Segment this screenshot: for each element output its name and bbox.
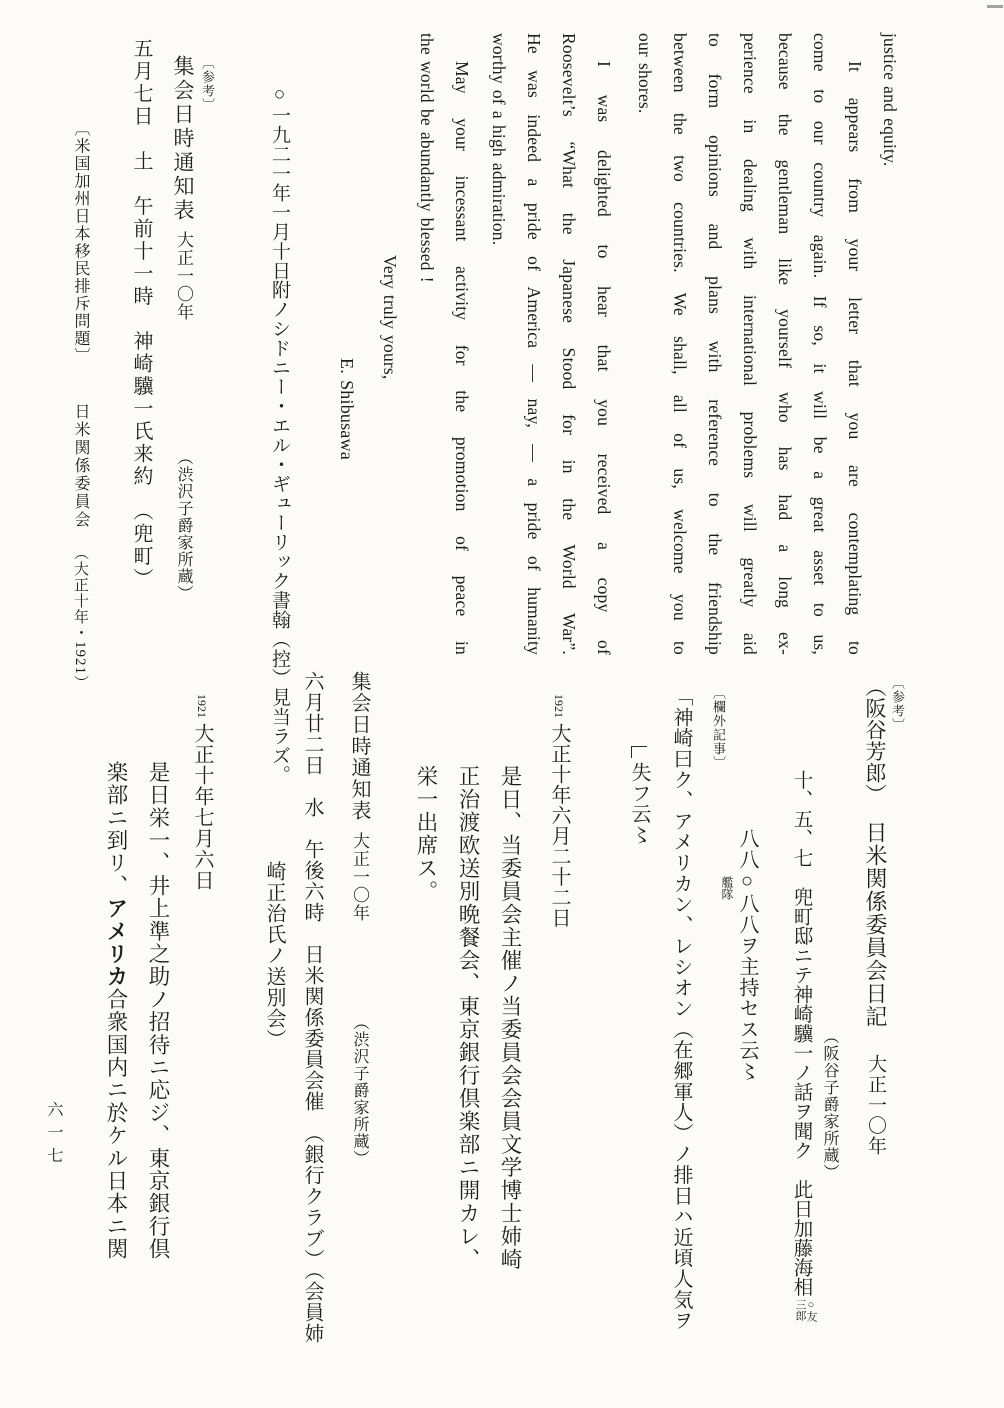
diary-entry-line: 十、五、七 兜町邸ニテ神崎驥一ノ話ヲ聞ク 此日加藤海相○友三郎: [785, 770, 816, 1322]
diary-entry-text: ○八八: [736, 870, 758, 935]
running-title: 〔米国加州日本移民排斥問題〕日米関係委員会（大正十年・1921）: [67, 120, 92, 691]
english-letter-line: between the two countries. We shall, all…: [671, 33, 689, 655]
diary-entry-line: 正治渡欧送別晩餐会、東京銀行倶楽部ニ開カレ、: [451, 765, 484, 1271]
margin-note-text: 失フ云〻: [628, 762, 650, 845]
date-text: 大正十年六月二十二日: [548, 718, 570, 928]
english-letter-line: I was delighted to hear that you receive…: [595, 61, 613, 655]
diary-author: （阪谷芳郎）: [863, 676, 887, 805]
diary-entry-text: ヲ主持セス云〻: [736, 935, 758, 1082]
margin-note-bracket-mark: [631, 746, 647, 758]
diary-entry-text: 十、五、七 兜町邸ニテ神崎驥一ノ話ヲ聞ク 此日加藤海相: [791, 770, 812, 1297]
running-title-committee: 日米関係委員会: [72, 365, 89, 529]
source-note: （渋沢子爵家所蔵）: [351, 922, 368, 1167]
margin-note-label: 〔欄外記事〕: [708, 686, 728, 770]
diary-entry-line: 是日栄一、井上準之助ノ招待ニ応ジ、東京銀行倶: [141, 761, 174, 1260]
margin-note-line: 失フ云〻: [623, 746, 654, 845]
meeting-notice-heading: 集会日時通知表大正一〇年（渋沢子爵家所蔵）: [343, 671, 374, 1167]
english-letter-line: worthy of a high admiration.: [490, 33, 508, 245]
diary-entry-text: 八八: [736, 828, 758, 870]
english-letter-line: come to our country again. If so, it wil…: [811, 33, 829, 655]
meeting-notice-title: 集会日時通知表: [171, 55, 195, 223]
letter-closing: Very truly yours,: [381, 255, 399, 380]
english-letter-line: justice and equity.: [881, 33, 899, 166]
english-letter-line: He was indeed a pride of America — nay, …: [525, 33, 543, 655]
margin-note-line: 「神崎曰ク、アメリカン、レシオン（在郷軍人）ノ排日ハ近頃人気ヲ: [665, 686, 696, 1331]
era-label: 大正一〇年: [865, 1028, 886, 1157]
inline-note-right: ○友: [805, 1299, 816, 1322]
scanned-book-page: justice and equity. It appears from your…: [0, 0, 1004, 1408]
diary-entry-line: 八八艦隊○八八ヲ主持セス云〻: [731, 828, 762, 1082]
page-number: 六一七: [40, 1101, 65, 1170]
diary-entry-line: 栄一出席ス。: [409, 765, 442, 903]
english-letter-line: because the gentleman like yourself who …: [776, 33, 794, 655]
diary-title: 日米関係委員会日記: [863, 805, 888, 1028]
diary-entry-line: 楽部ニ到リ、アメリカ合衆国内ニ於ケル日本ニ関: [99, 761, 132, 1260]
diary-entry-emphasis: アメリカ: [104, 897, 128, 988]
reference-label: 〔参考〕: [197, 56, 217, 112]
english-letter-line: the world be abundantly blessed !: [418, 33, 436, 283]
diary-entry-text: 合衆国内ニ於ケル日本ニ関: [104, 988, 128, 1260]
era-label: 大正一〇年: [350, 822, 369, 922]
year-label: 1921: [552, 694, 566, 718]
inline-note: ○友三郎: [794, 1299, 816, 1322]
glossed-text: 艦隊○八八: [736, 870, 758, 935]
gulick-letter-note: ○一九二一年一月十日附ノシドニー・エル・ギューリック書翰（控）見当ラズ。: [265, 84, 294, 784]
english-letter-line: to form opinions and plans with referenc…: [706, 33, 724, 655]
diary-heading: （阪谷芳郎）日米関係委員会日記大正一〇年: [858, 676, 892, 1157]
meeting-notice-entry: 六月廿二日 水 午後六時 日米関係委員会催 （銀行クラブ）（会員姉: [296, 671, 327, 1344]
era-label: 大正一〇年: [174, 223, 193, 321]
meeting-notice-entry: 五月七日 土 午前十一時 神崎驥一氏来約 （兜町）: [125, 38, 156, 591]
diary-date-heading: 1921大正十年六月二十二日: [543, 694, 574, 928]
english-letter-line: It appears from your letter that you are…: [846, 61, 864, 655]
running-title-subject: 〔米国加州日本移民排斥問題〕: [72, 120, 89, 365]
inline-note-left: 三郎: [794, 1299, 805, 1322]
meeting-notice-title: 集会日時通知表: [348, 671, 370, 822]
running-title-year: （大正十年・1921）: [72, 529, 88, 691]
side-gloss: 艦隊: [721, 876, 733, 900]
english-letter-line: May your incessant activity for the prom…: [453, 61, 471, 655]
diary-entry-line: 是日、当委員会主催ノ当委員会会員文学博士姉崎: [493, 765, 526, 1271]
letter-signature: E. Shibusawa: [338, 358, 356, 460]
diary-date-heading: 1921大正十年七月六日: [186, 694, 217, 891]
source-note: （阪谷子爵家所蔵）: [816, 1028, 841, 1181]
year-label: 1921: [195, 694, 209, 718]
meeting-notice-entry: 崎正治氏ノ送別会）: [258, 861, 289, 1050]
english-letter-line: perience in dealing with international p…: [741, 33, 759, 655]
meeting-notice-heading: 集会日時通知表大正一〇年（渋沢子爵家所蔵）: [166, 55, 199, 602]
english-letter-line: Roosevelt’s “What the Japanese Stood for…: [560, 33, 578, 655]
date-text: 大正十年七月六日: [191, 718, 213, 891]
diary-entry-text: 楽部ニ到リ、: [104, 761, 128, 897]
source-note: （渋沢子爵家所蔵）: [175, 321, 192, 602]
scan-edge-artifact: [987, 5, 1003, 8]
english-letter-line: our shores.: [636, 33, 654, 114]
